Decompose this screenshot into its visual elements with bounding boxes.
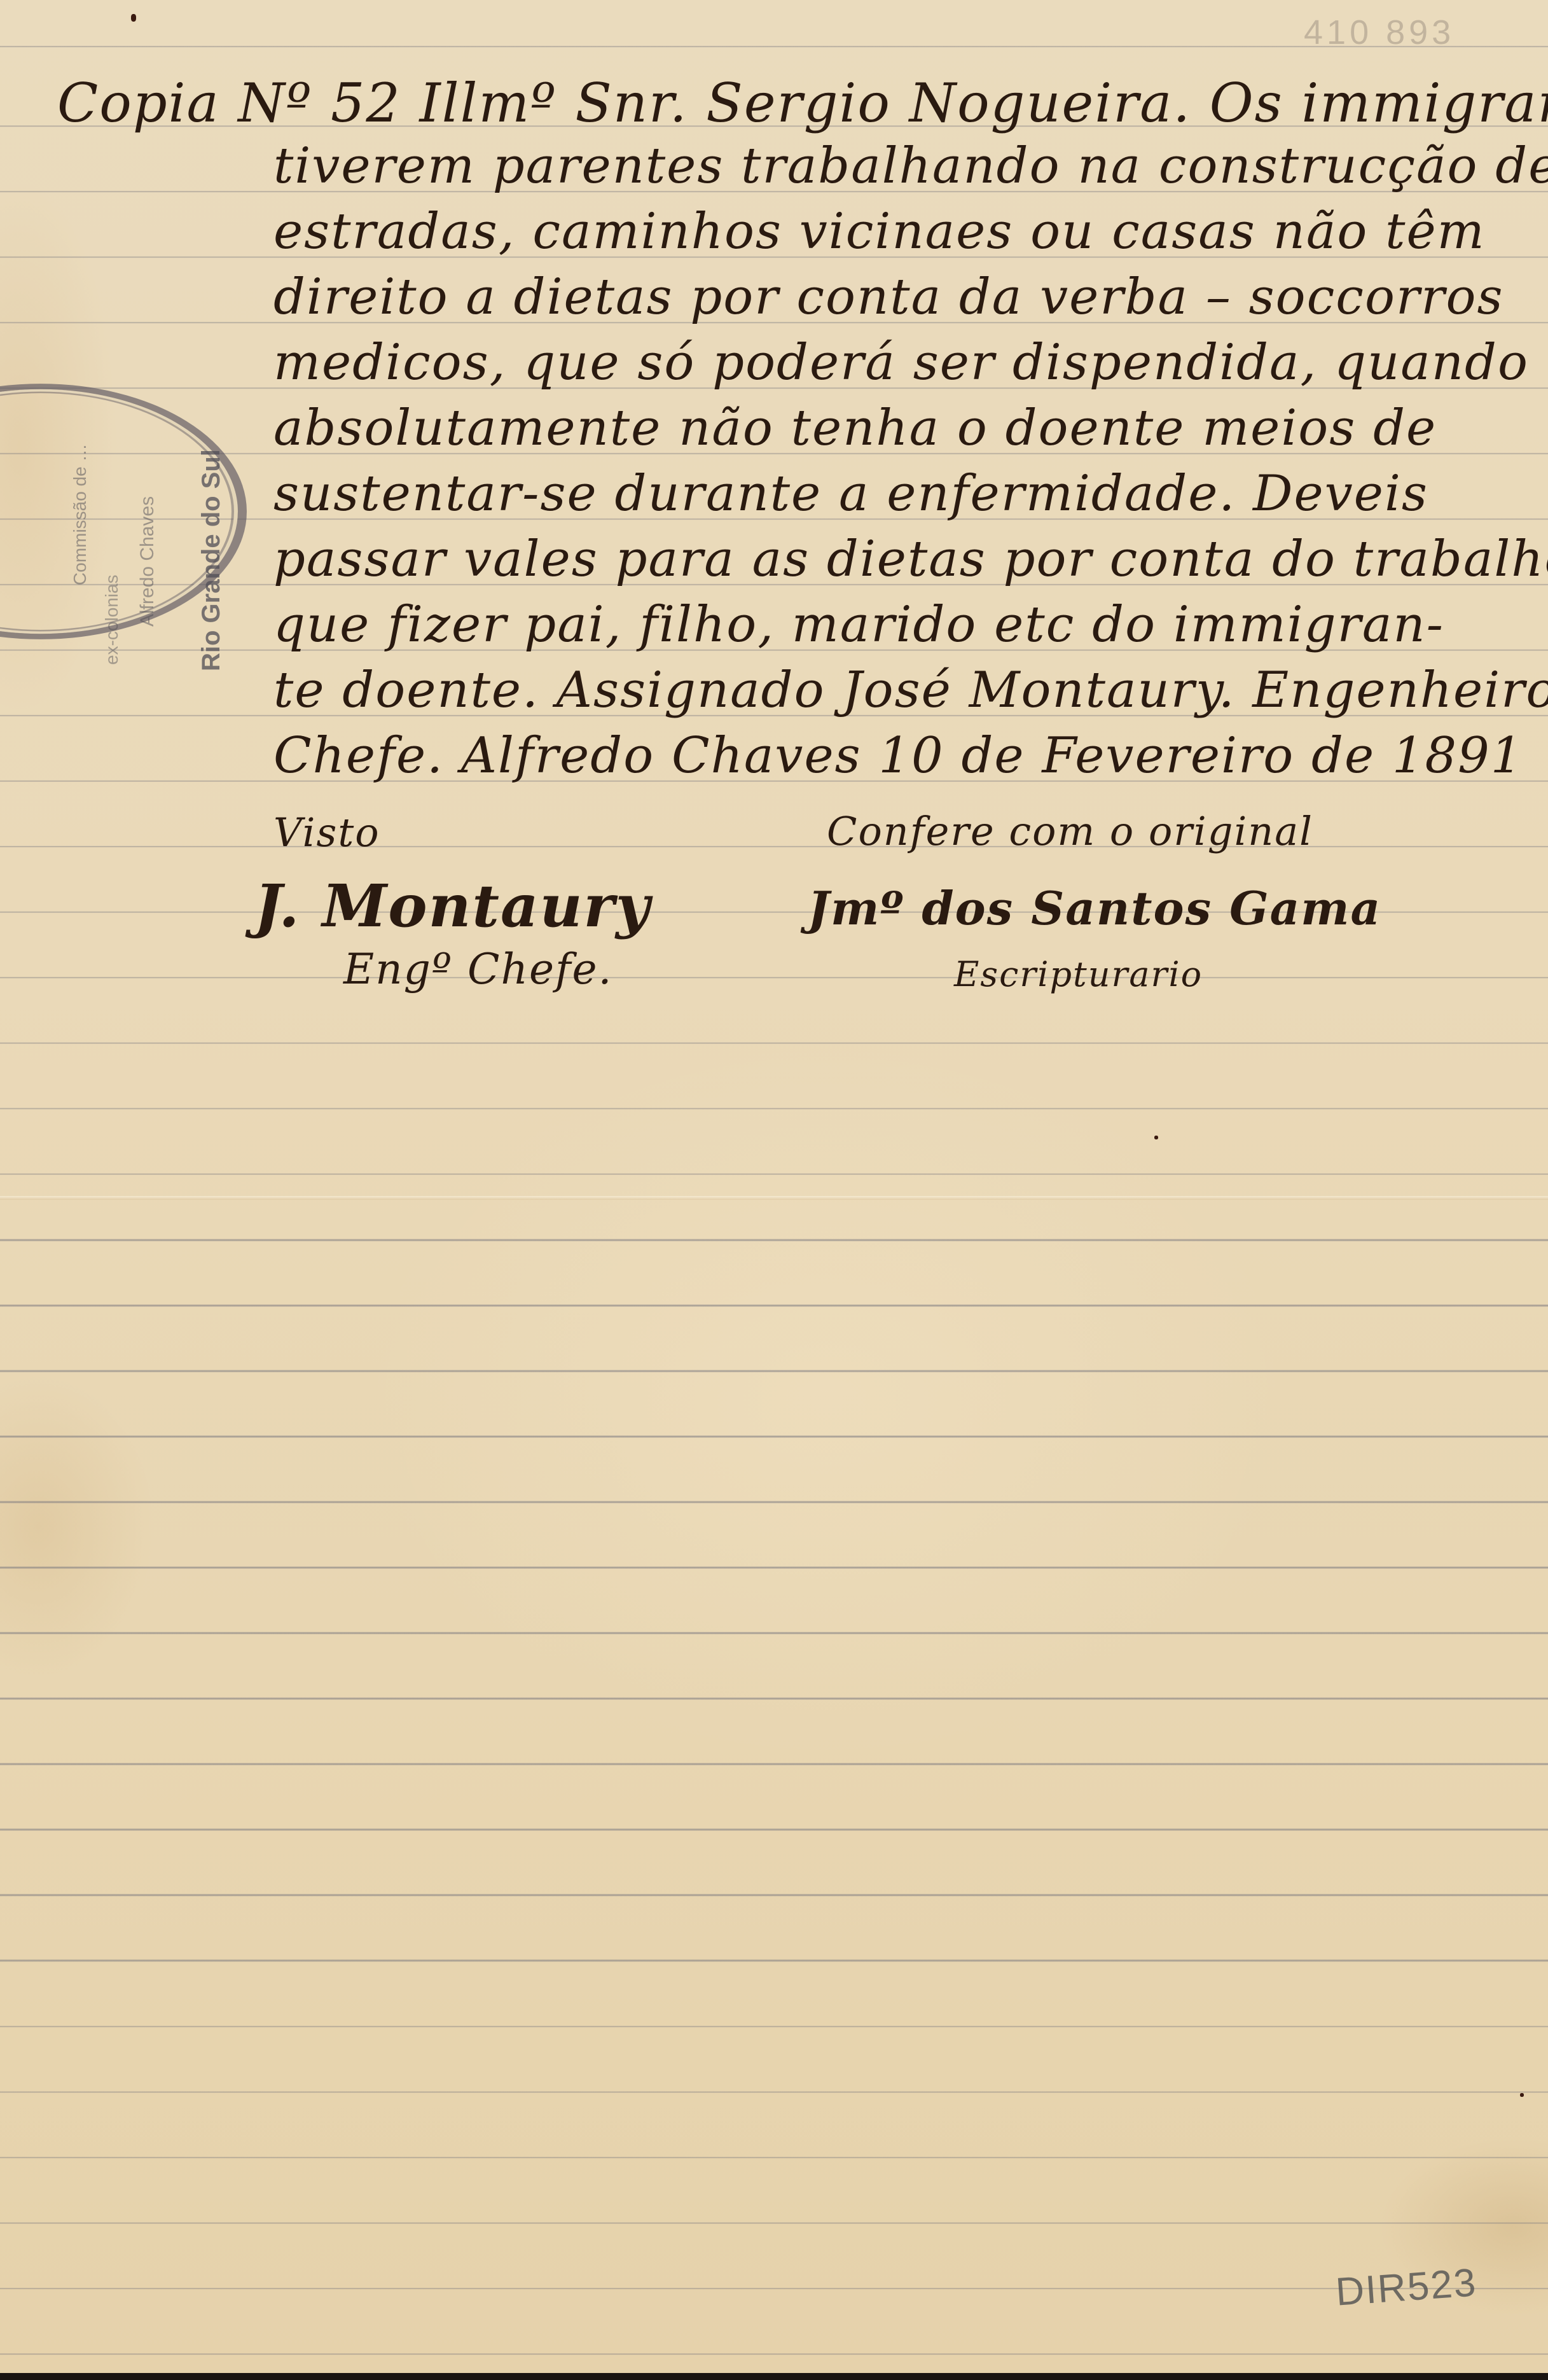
body-line-8: passar vales para as dietas por conta do… bbox=[273, 534, 1548, 584]
body-line-5: medicos, que só poderá ser dispendida, q… bbox=[273, 338, 1529, 387]
body-line-6: absolutamente não tenha o doente meios d… bbox=[273, 403, 1437, 453]
body-line-9: que fizer pai, filho, marido etc do immi… bbox=[273, 600, 1444, 650]
signature-scribe: Jmº dos Santos Gama bbox=[808, 881, 1381, 935]
body-line-10: te doente. Assignado José Montaury. Enge… bbox=[273, 665, 1548, 715]
stamp-text-commission: Commissão de … bbox=[70, 443, 90, 585]
ink-speck bbox=[1520, 2093, 1524, 2097]
body-line-2: tiverem parentes trabalhando na construc… bbox=[273, 141, 1548, 191]
stamp-text-state: Rio Grande do Sul bbox=[197, 449, 226, 671]
paper-fold bbox=[0, 1196, 1548, 1200]
body-line-1: Copia Nº 52 Illmº Snr. Sergio Nogueira. … bbox=[57, 76, 1548, 130]
title-scribe: Escripturario bbox=[954, 954, 1203, 994]
ink-speck bbox=[1154, 1136, 1158, 1139]
title-engineer-chief: Engº Chefe. bbox=[343, 945, 612, 994]
body-line-11: Chefe. Alfredo Chaves 10 de Fevereiro de… bbox=[273, 731, 1523, 781]
stamp-text-colonias: ex-colonias bbox=[102, 574, 122, 665]
body-line-3: estradas, caminhos vicinaes ou casas não… bbox=[273, 207, 1486, 256]
stamp-text-town: Alfredo Chaves bbox=[137, 496, 158, 627]
ink-speck bbox=[131, 14, 136, 22]
body-line-7: sustentar-se durante a enfermidade. Deve… bbox=[273, 469, 1428, 518]
archive-number: 410 893 bbox=[1304, 13, 1455, 52]
document-page: 410 893 Rio Grande do Sul Alfredo Chaves… bbox=[0, 0, 1548, 2373]
body-line-4: direito a dietas por conta da verba – so… bbox=[273, 272, 1504, 322]
confere-label: Confere com o original bbox=[827, 808, 1313, 854]
signature-montaury: J. Montaury bbox=[254, 872, 651, 940]
visto-label: Visto bbox=[273, 809, 380, 856]
